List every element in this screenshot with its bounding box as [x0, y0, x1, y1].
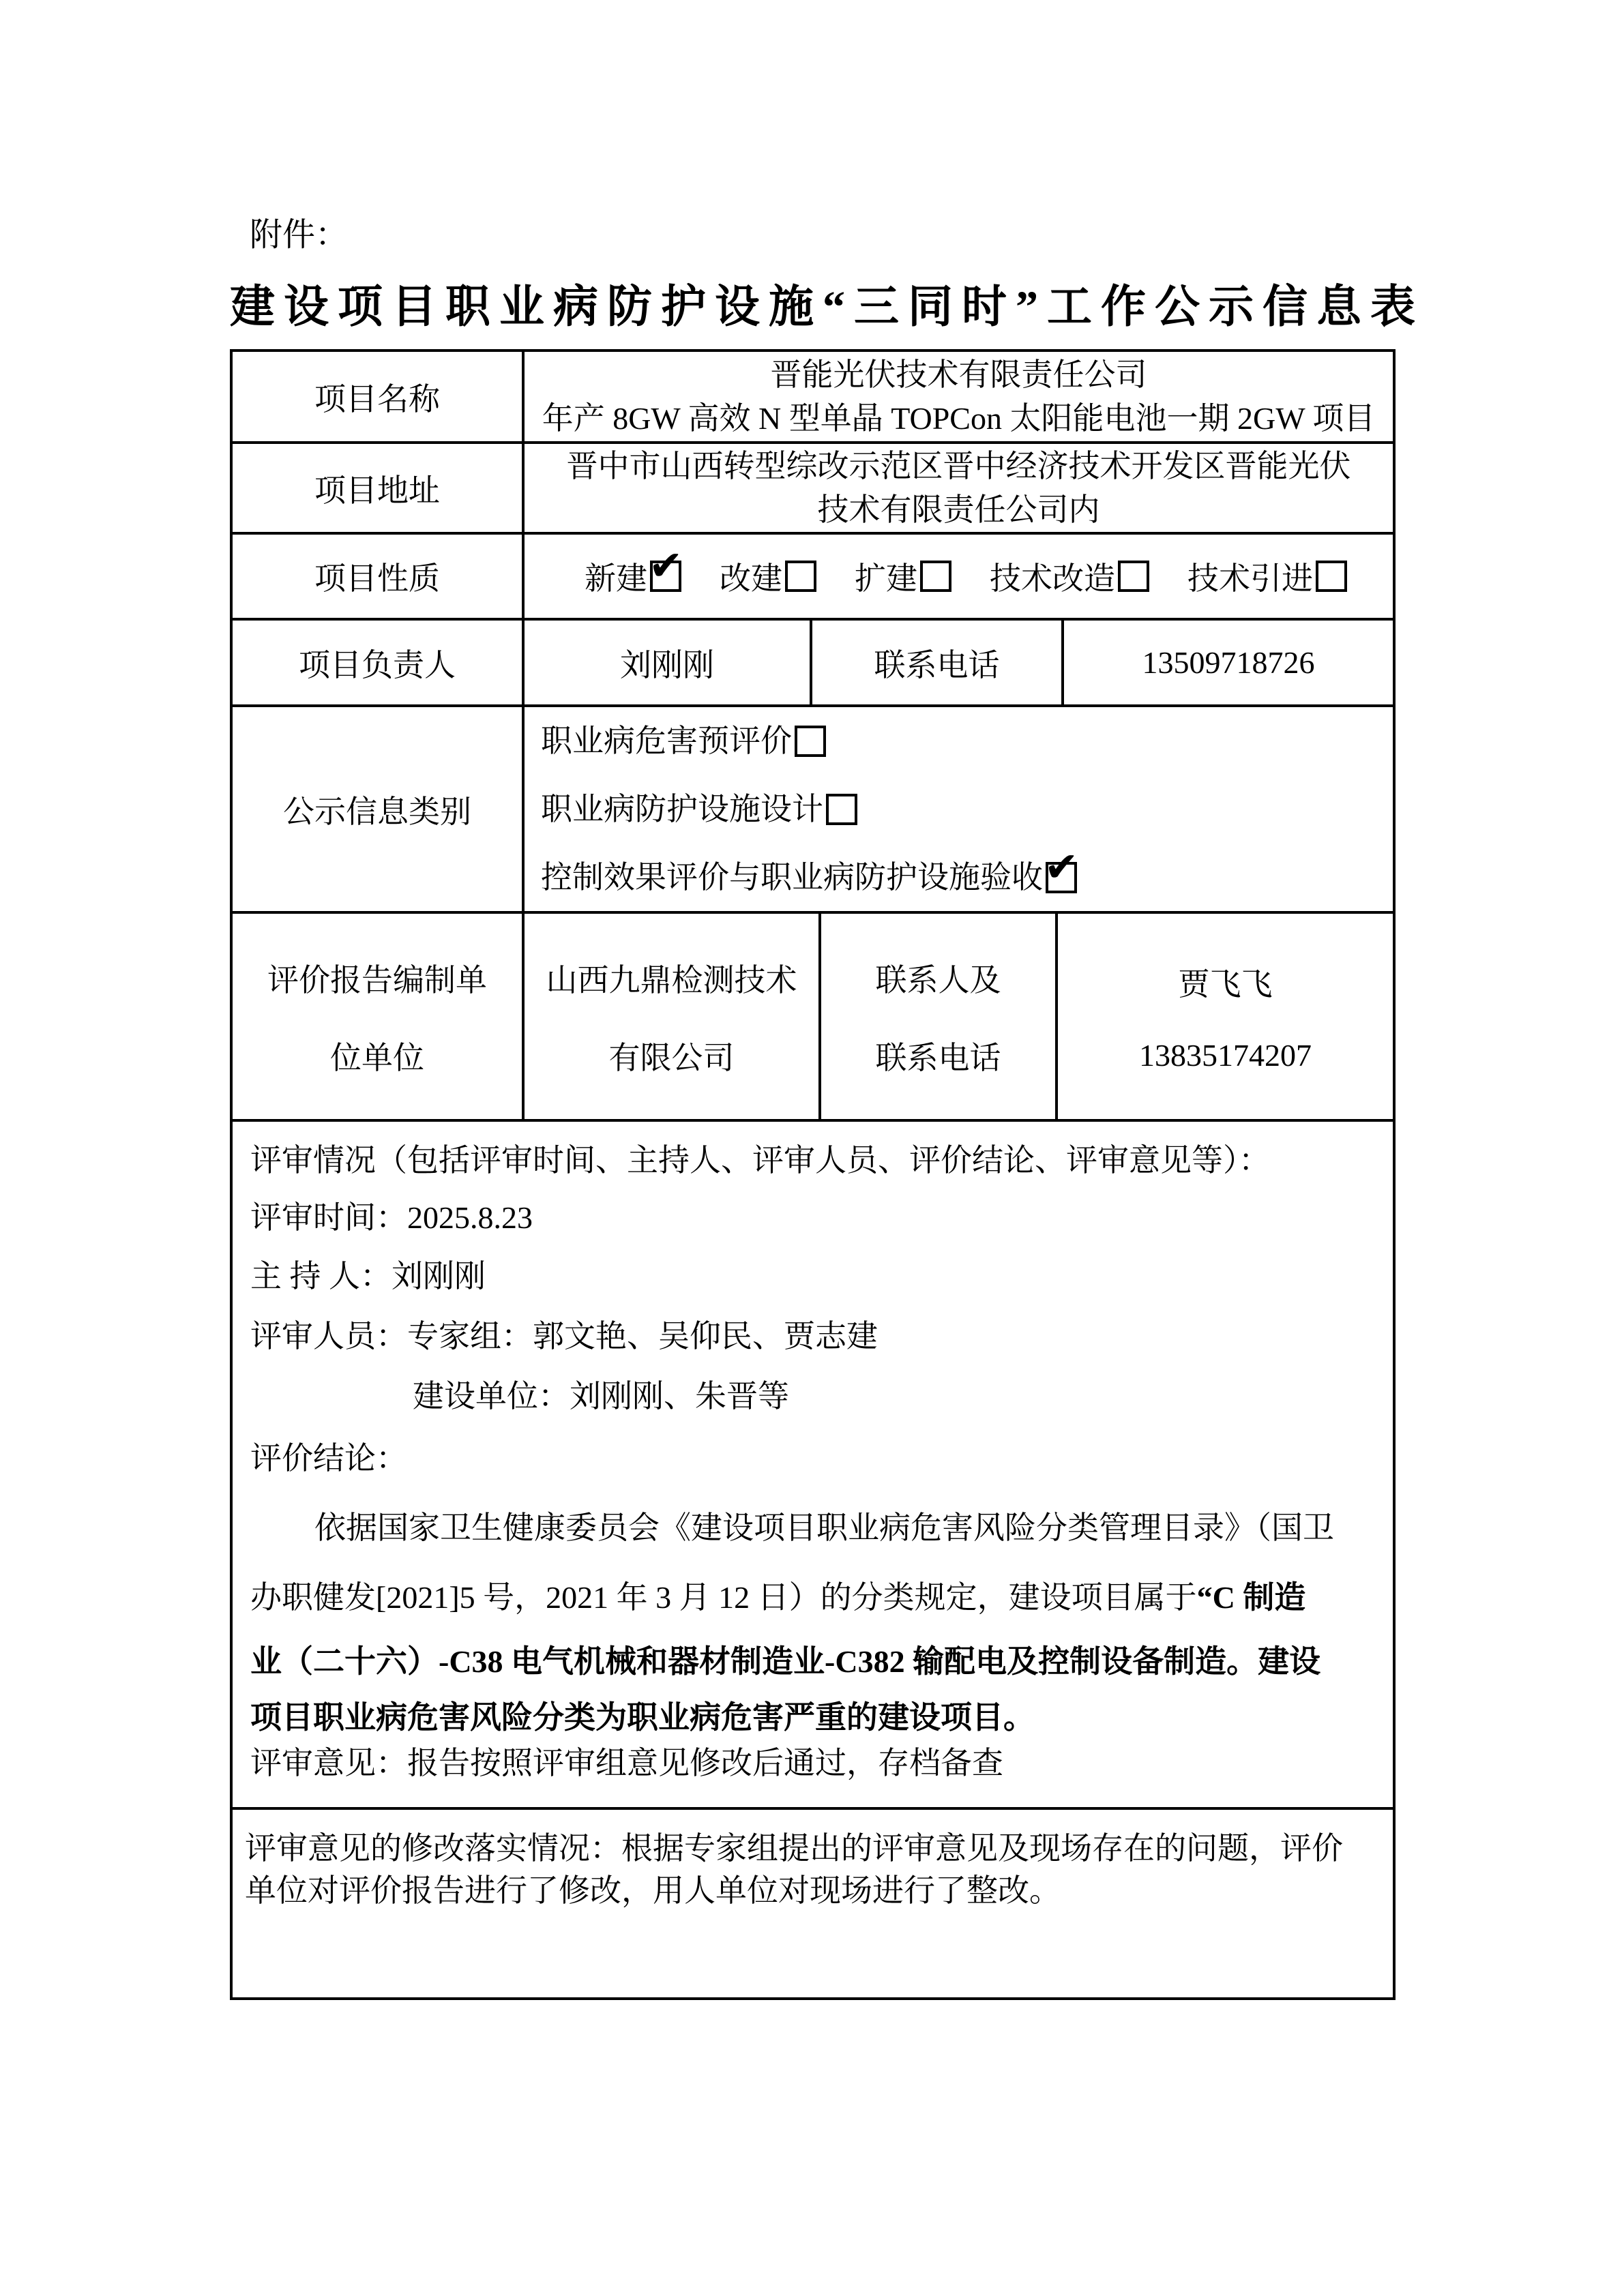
- checkmark-icon: ✔: [1044, 847, 1078, 888]
- document-page: 附件： 建设项目职业病防护设施“三同时”工作公示信息表 项目名称 晋能光伏技术有…: [0, 0, 1624, 2296]
- review-construction-unit: 建设单位：刘刚刚、朱晋等: [250, 1367, 1375, 1426]
- review-conclusion-line-2: 办职健发[2021]5 号，2021 年 3 月 12 日）的分类规定，建设项目…: [250, 1565, 1375, 1630]
- project-title-line: 年产 8GW 高效 N 型单晶 TOPCon 太阳能电池一期 2GW 项目: [542, 397, 1376, 441]
- category-item-facility-design: 职业病防护设施设计: [541, 775, 857, 844]
- project-name-label: 项目名称: [233, 352, 525, 441]
- nature-option-tech-import-label: 技术引进: [1187, 554, 1313, 599]
- review-conclusion-line-3: 业（二十六）-C38 电气机械和器材制造业-C382 输配电及控制设备制造。建设: [250, 1630, 1375, 1693]
- checkbox-checked-icon: ✔: [1046, 862, 1077, 893]
- agency-name: 山西九鼎检测技术 有限公司: [525, 914, 821, 1119]
- checkbox-empty-icon: [826, 794, 857, 825]
- attachment-label: 附件：: [250, 215, 348, 256]
- table-row-project-name: 项目名称 晋能光伏技术有限责任公司 年产 8GW 高效 N 型单晶 TOPCon…: [233, 352, 1393, 444]
- category-items: 职业病危害预评价 职业病防护设施设计 控制效果评价与职业病防护设施验收 ✔: [525, 707, 1393, 911]
- nature-option-tech-upgrade-label: 技术改造: [990, 554, 1115, 599]
- nature-option-new-label: 新建: [585, 554, 647, 599]
- review-opinion: 评审意见：报告按照评审组意见修改后通过，存档备查: [250, 1742, 1375, 1785]
- review-host: 主 持 人：刘刚刚: [250, 1247, 1375, 1306]
- nature-option-rebuild: 改建: [720, 554, 816, 599]
- category-item-pre-evaluation-label: 职业病危害预评价: [541, 707, 792, 775]
- agency-label: 评价报告编制单 位单位: [233, 914, 525, 1119]
- address-label: 项目地址: [233, 444, 525, 532]
- review-reviewers: 评审人员：专家组：郭文艳、吴仰民、贾志建: [250, 1306, 1375, 1367]
- implementation-line-1: 评审意见的修改落实情况：根据专家组提出的评审意见及现场存在的问题，评价: [245, 1828, 1379, 1870]
- review-conclusion-line-1: 依据国家卫生健康委员会《建设项目职业病危害风险分类管理目录》（国卫: [250, 1491, 1375, 1565]
- agency-label-line-1: 评价报告编制单: [267, 955, 487, 1000]
- nature-options: 新建 ✔ 改建 扩建 技术改造 技术引进: [525, 535, 1393, 618]
- implementation-section: 评审意见的修改落实情况：根据专家组提出的评审意见及现场存在的问题，评价 单位对评…: [233, 1810, 1393, 1997]
- nature-option-tech-import: 技术引进: [1187, 554, 1347, 599]
- checkbox-empty-icon: [795, 726, 826, 757]
- checkbox-empty-icon: [920, 561, 951, 592]
- agency-contact-name: 贾飞飞: [1179, 959, 1273, 1004]
- table-row-review: 评审情况（包括评审时间、主持人、评审人员、评价结论、评审意见等）： 评审时间：2…: [233, 1122, 1393, 1810]
- nature-label: 项目性质: [233, 535, 525, 618]
- table-row-agency: 评价报告编制单 位单位 山西九鼎检测技术 有限公司 联系人及 联系电话 贾飞飞 …: [233, 914, 1393, 1122]
- address-line-2: 技术有限责任公司内: [818, 488, 1100, 532]
- project-name-value: 晋能光伏技术有限责任公司 年产 8GW 高效 N 型单晶 TOPCon 太阳能电…: [525, 352, 1393, 441]
- info-table: 项目名称 晋能光伏技术有限责任公司 年产 8GW 高效 N 型单晶 TOPCon…: [230, 349, 1396, 2000]
- category-item-acceptance-label: 控制效果评价与职业病防护设施验收: [541, 844, 1043, 912]
- review-section: 评审情况（包括评审时间、主持人、评审人员、评价结论、评审意见等）： 评审时间：2…: [233, 1122, 1393, 1807]
- checkbox-empty-icon: [1316, 561, 1347, 592]
- address-line-1: 晋中市山西转型综改示范区晋中经济技术开发区晋能光伏: [567, 445, 1351, 488]
- checkbox-empty-icon: [785, 561, 816, 592]
- checkmark-icon: ✔: [649, 546, 683, 586]
- implementation-line-2: 单位对评价报告进行了修改，用人单位对现场进行了整改。: [245, 1870, 1379, 1912]
- checkbox-checked-icon: ✔: [650, 561, 681, 592]
- checkbox-empty-icon: [1118, 561, 1149, 592]
- nature-option-expand-label: 扩建: [855, 554, 917, 599]
- category-item-acceptance: 控制效果评价与职业病防护设施验收 ✔: [541, 844, 1077, 912]
- review-time: 评审时间：2025.8.23: [250, 1189, 1375, 1247]
- address-value: 晋中市山西转型综改示范区晋中经济技术开发区晋能光伏 技术有限责任公司内: [525, 444, 1393, 532]
- project-company-name: 晋能光伏技术有限责任公司: [771, 353, 1147, 397]
- agency-name-line-2: 有限公司: [609, 1033, 735, 1078]
- review-conclusion-label: 评价结论：: [250, 1426, 1375, 1491]
- agency-label-line-2: 位单位: [330, 1033, 424, 1078]
- table-row-category: 公示信息类别 职业病危害预评价 职业病防护设施设计 控制效果评价与职业病防护设施…: [233, 707, 1393, 914]
- table-row-leader: 项目负责人 刘刚刚 联系电话 13509718726: [233, 621, 1393, 707]
- page-title: 建设项目职业病防护设施“三同时”工作公示信息表: [230, 276, 1396, 339]
- review-conclusion-line-4: 项目职业病危害风险分类为职业病危害严重的建设项目。: [250, 1693, 1375, 1742]
- agency-contact-label: 联系人及 联系电话: [821, 914, 1058, 1119]
- agency-contact-label-line-2: 联系电话: [876, 1033, 1001, 1078]
- agency-contact-label-line-1: 联系人及: [876, 955, 1001, 1000]
- table-row-address: 项目地址 晋中市山西转型综改示范区晋中经济技术开发区晋能光伏 技术有限责任公司内: [233, 444, 1393, 535]
- leader-phone-number: 13509718726: [1064, 621, 1393, 704]
- nature-option-new: 新建 ✔: [585, 554, 681, 599]
- nature-option-rebuild-label: 改建: [720, 554, 782, 599]
- leader-phone-label: 联系电话: [812, 621, 1064, 704]
- leader-label: 项目负责人: [233, 621, 525, 704]
- review-header: 评审情况（包括评审时间、主持人、评审人员、评价结论、评审意见等）：: [250, 1133, 1375, 1189]
- agency-name-line-1: 山西九鼎检测技术: [546, 955, 797, 1000]
- leader-name: 刘刚刚: [525, 621, 812, 704]
- category-item-facility-design-label: 职业病防护设施设计: [541, 775, 823, 844]
- category-item-pre-evaluation: 职业病危害预评价: [541, 707, 826, 775]
- table-row-nature: 项目性质 新建 ✔ 改建 扩建 技术改造: [233, 535, 1393, 621]
- agency-contact-value: 贾飞飞 13835174207: [1058, 914, 1393, 1119]
- table-row-implementation: 评审意见的修改落实情况：根据专家组提出的评审意见及现场存在的问题，评价 单位对评…: [233, 1810, 1393, 1997]
- nature-option-expand: 扩建: [855, 554, 951, 599]
- agency-contact-phone: 13835174207: [1139, 1037, 1312, 1073]
- category-label: 公示信息类别: [233, 707, 525, 911]
- nature-option-tech-upgrade: 技术改造: [990, 554, 1149, 599]
